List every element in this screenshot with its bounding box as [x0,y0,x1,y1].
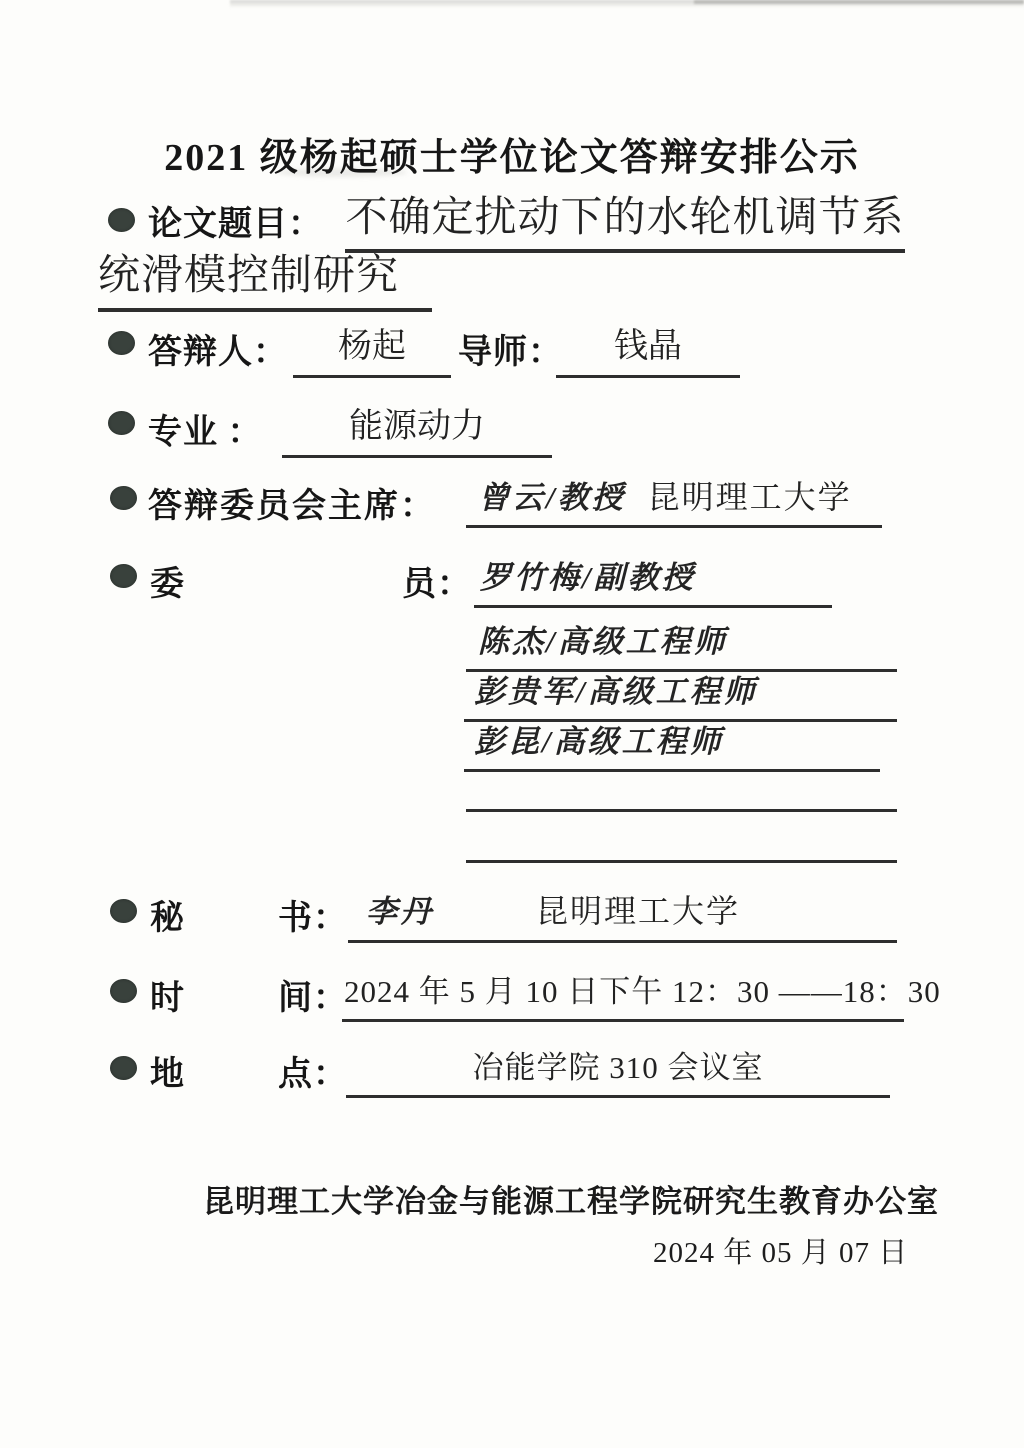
committee-member-line: 彭贵军/高级工程师 [464,666,897,722]
secretary-name: 李丹 [366,886,434,931]
footer-office-name: 昆明理工大学冶金与能源工程学院研究生教育办公室 [203,1176,939,1221]
thesis-title-value-line1: 不确定扰动下的水轮机调节系 [345,195,904,241]
committee-member-name: 彭昆/高级工程师 [474,724,724,759]
supervisor-label: 导师： [458,324,563,373]
thesis-title-label: 论文题目： [148,196,323,245]
footer-date: 2024 年 05 月 07 日 [653,1230,908,1271]
defender-label: 答辩人： [148,324,288,373]
supervisor-field: 钱晶 [556,318,740,378]
committee-member-blank-line [466,768,897,812]
location-label-left: 地 [150,1046,185,1095]
committee-label-right: 员： [402,556,472,605]
bullet-icon [108,331,135,355]
secretary-label-right: 书： [278,890,348,939]
location-field: 冶能学院 310 会议室 [346,1042,890,1098]
chair-field: 曾云/教授 昆明理工大学 [466,472,882,528]
secretary-field: 李丹 昆明理工大学 [348,886,897,943]
committee-member-name: 陈杰/高级工程师 [478,624,728,659]
bullet-icon [110,486,137,510]
major-value: 能源动力 [349,408,485,445]
major-label: 专业 ： [148,404,263,453]
bullet-icon [108,411,135,435]
scanned-document-page: 2021 级杨起硕士学位论文答辩安排公示 论文题目： 不确定扰动下的水轮机调节系… [0,0,1024,1448]
defender-field: 杨起 [293,318,451,378]
chair-name: 曾云/教授 [478,472,626,517]
thesis-title-line2: 统滑模控制研究 [98,242,432,312]
secretary-label-left: 秘 [150,890,185,939]
committee-member-name: 彭贵军/高级工程师 [474,674,758,709]
secretary-affiliation: 昆明理工大学 [536,886,740,932]
bullet-icon [110,899,137,923]
committee-member-name: 罗竹梅/副教授 [480,560,696,595]
location-label-right: 点： [278,1046,348,1095]
committee-label-left: 委 [150,556,185,605]
time-field: 2024 年 5 月 10 日下午 12：30 ——18：30 [342,966,904,1022]
defender-value: 杨起 [338,328,406,365]
major-field: 能源动力 [282,398,552,458]
secretary-field-content: 李丹 昆明理工大学 [348,886,897,932]
location-value: 冶能学院 310 会议室 [473,1050,764,1085]
chair-field-content: 曾云/教授 昆明理工大学 [466,472,882,518]
time-label-left: 时 [150,970,185,1019]
committee-member-line: 陈杰/高级工程师 [466,616,897,672]
chair-label: 答辩委员会主席： [148,478,436,527]
scan-artifact-top-edge [694,0,1024,4]
time-label-right: 间： [278,970,348,1019]
chair-affiliation: 昆明理工大学 [648,472,852,518]
thesis-title-value-line2: 统滑模控制研究 [98,253,399,299]
bullet-icon [110,979,137,1003]
committee-member-line: 彭昆/高级工程师 [464,716,880,772]
bullet-icon [108,208,135,232]
document-title: 2021 级杨起硕士学位论文答辩安排公示 [0,126,1024,181]
supervisor-value: 钱晶 [614,328,682,365]
bullet-icon [110,564,137,588]
committee-member-blank-line [466,819,897,863]
committee-member-line: 罗竹梅/副教授 [474,552,832,608]
bullet-icon [110,1056,137,1080]
time-value: 2024 年 5 月 10 日下午 12：30 ——18：30 [344,974,941,1009]
